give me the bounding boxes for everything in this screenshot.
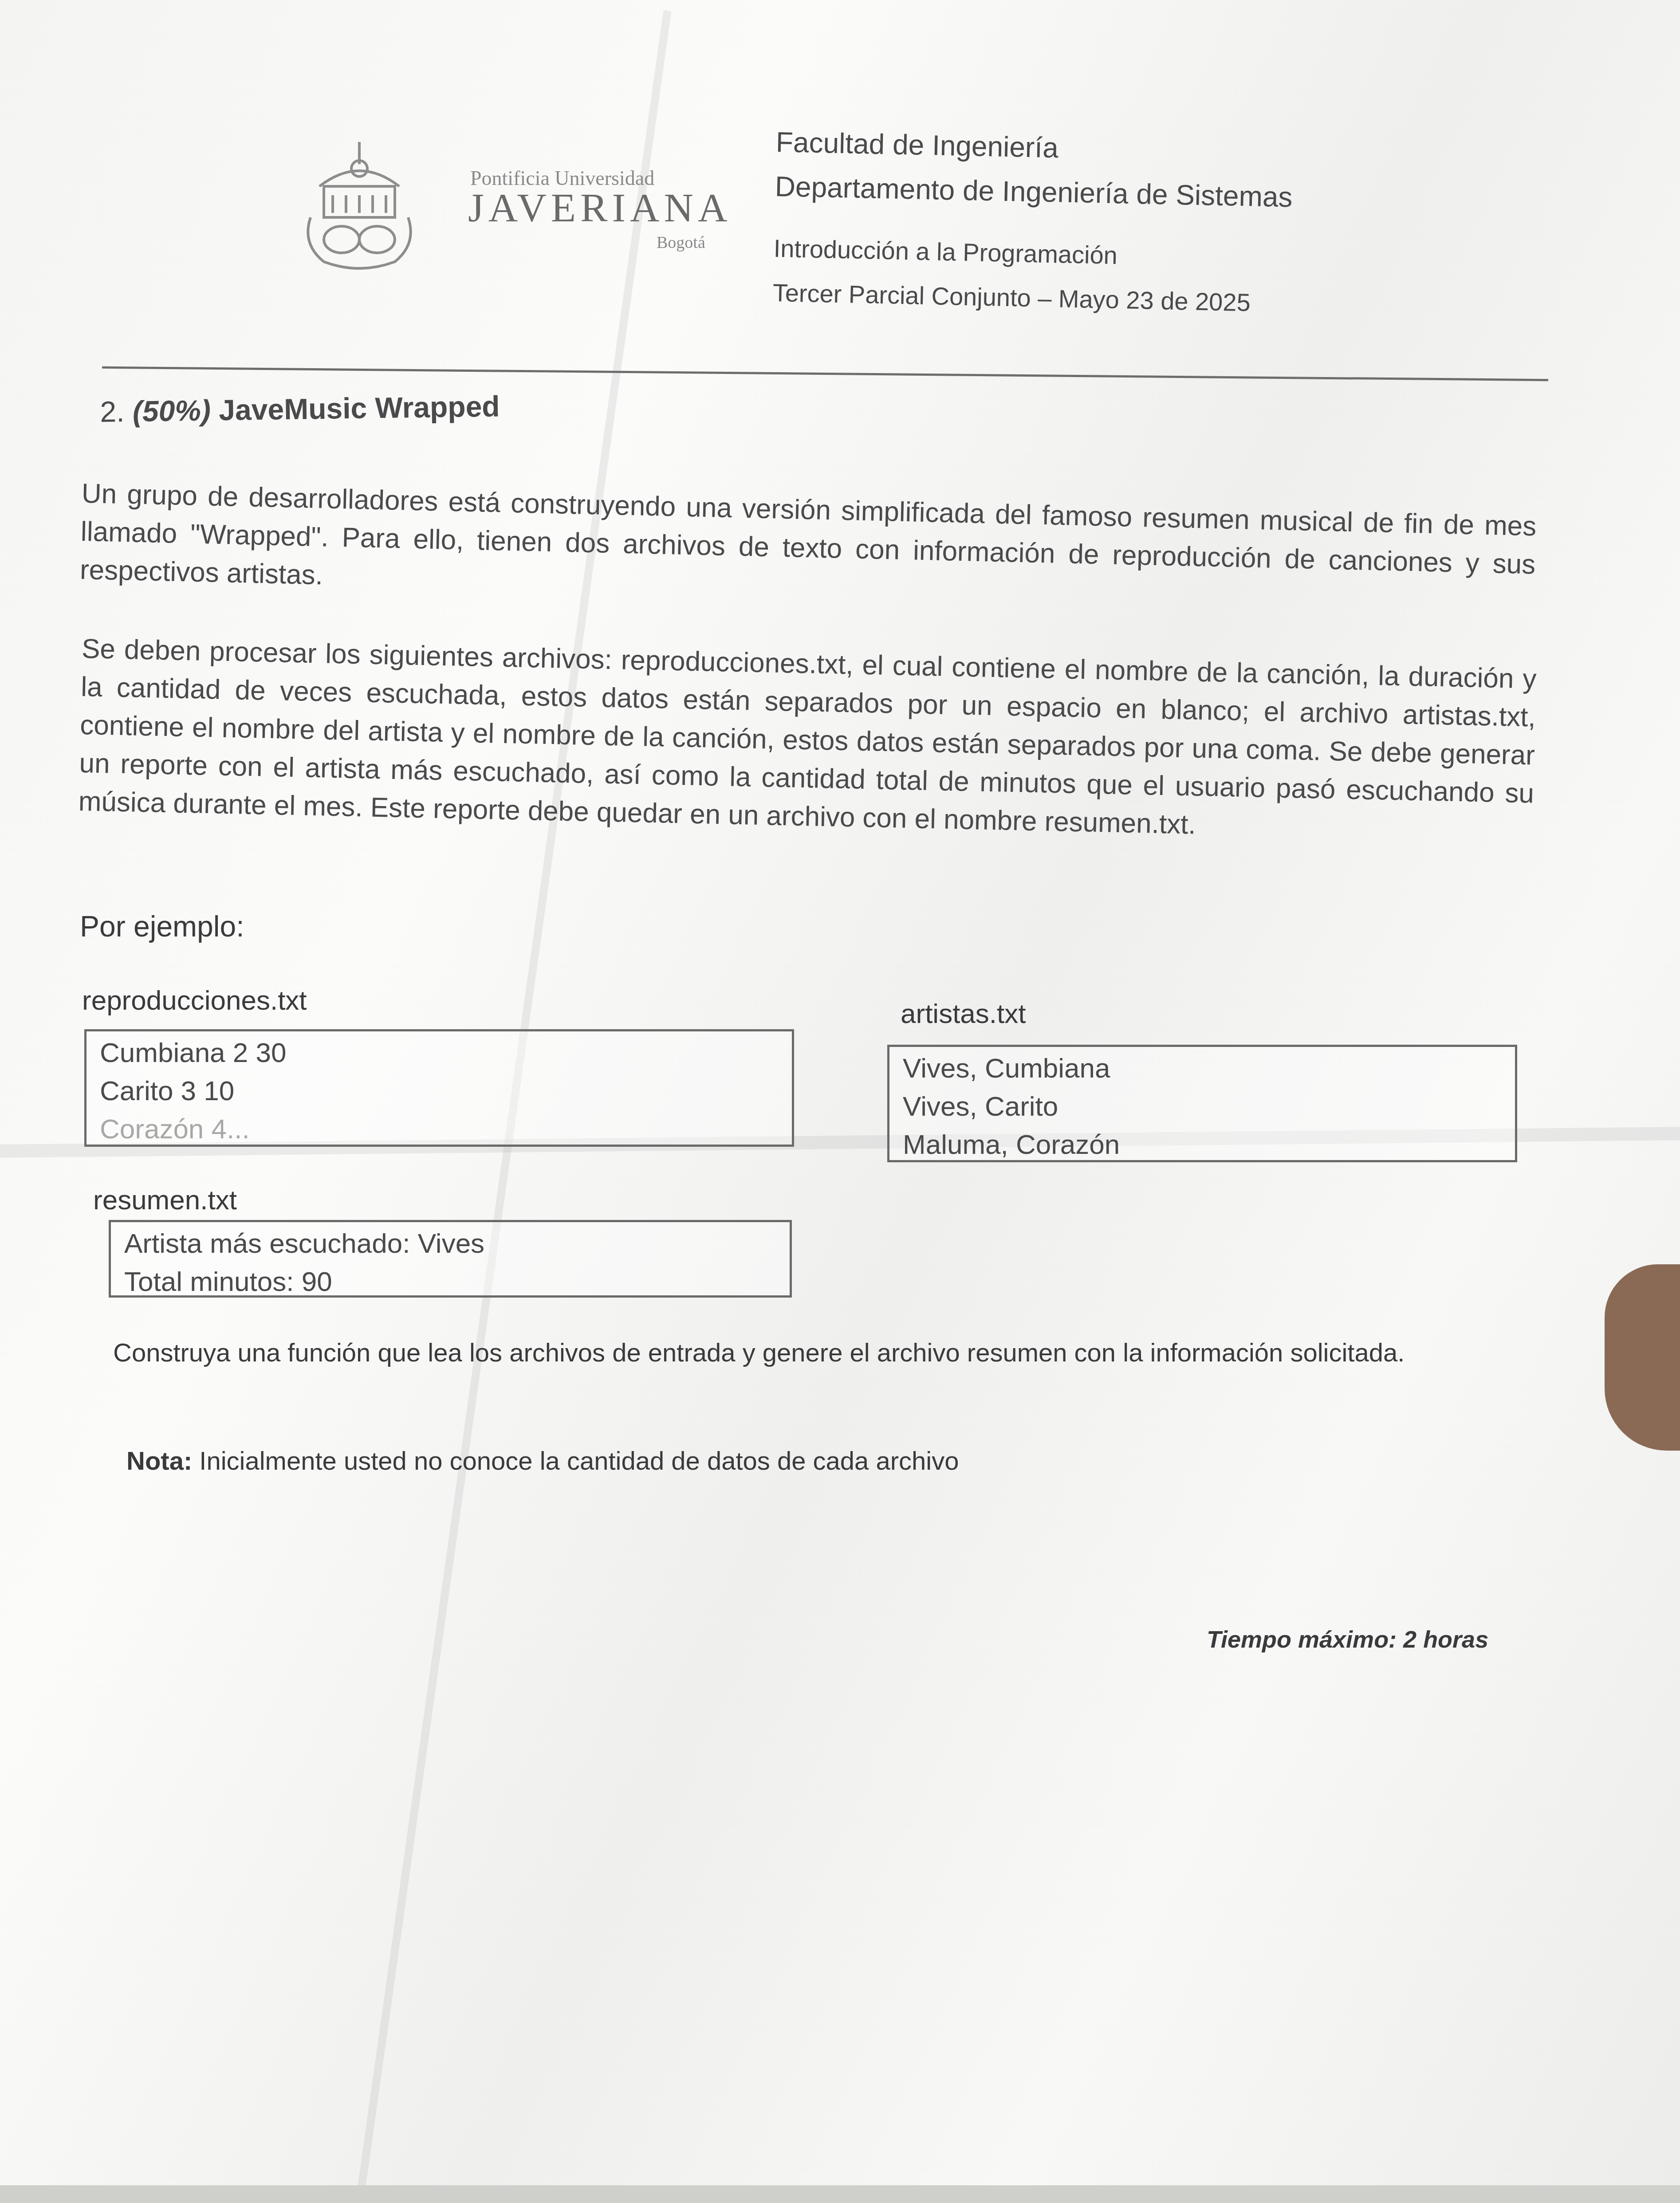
task-instruction: Construya una función que lea los archiv…	[113, 1335, 1515, 1371]
question-title: 2. (50%) JaveMusic Wrapped	[100, 389, 500, 429]
file-line: Maluma, Corazón	[903, 1126, 1502, 1164]
institution-name: JAVERIANA	[468, 184, 732, 231]
file-line: Cumbiana 2 30	[100, 1034, 779, 1072]
file-line: Total minutos: 90	[124, 1263, 776, 1301]
university-logo: Pontificia Universidad JAVERIANA Bogotá	[293, 138, 728, 284]
file-line: Carito 3 10	[100, 1072, 779, 1110]
file-line: Artista más escuchado: Vives	[124, 1225, 776, 1263]
resumen-file-box: Artista más escuchado: Vives Total minut…	[109, 1220, 792, 1298]
note-text: Inicialmente usted no conoce la cantidad…	[199, 1447, 959, 1475]
institution-city: Bogotá	[657, 233, 705, 252]
exam-sheet: Pontificia Universidad JAVERIANA Bogotá …	[0, 0, 1680, 2203]
reproducciones-filename: reproducciones.txt	[82, 985, 307, 1016]
table-edge	[0, 2185, 1680, 2203]
artistas-file-box: Vives, Cumbiana Vives, Carito Maluma, Co…	[887, 1045, 1517, 1162]
example-label: Por ejemplo:	[80, 909, 244, 943]
intro-paragraph: Un grupo de desarrolladores está constru…	[79, 475, 1537, 622]
header-divider	[102, 366, 1548, 381]
file-line: Corazón 4...	[100, 1110, 779, 1149]
time-limit: Tiempo máximo: 2 horas	[1207, 1626, 1488, 1653]
reproducciones-file-box: Cumbiana 2 30 Carito 3 10 Corazón 4...	[84, 1029, 794, 1147]
crest-icon	[293, 138, 426, 275]
artistas-filename: artistas.txt	[901, 998, 1026, 1030]
file-line: Vives, Cumbiana	[903, 1050, 1502, 1088]
resumen-filename: resumen.txt	[93, 1184, 237, 1216]
file-line: Vives, Carito	[903, 1088, 1502, 1126]
note-label: Nota:	[126, 1447, 192, 1475]
note: Nota: Inicialmente usted no conoce la ca…	[126, 1446, 959, 1476]
question-weight: (50%)	[132, 394, 211, 428]
holding-thumb	[1605, 1264, 1680, 1451]
requirements-paragraph: Se deben procesar los siguientes archivo…	[78, 630, 1537, 851]
question-number: 2.	[100, 395, 125, 428]
exam-header: Facultad de Ingeniería Departamento de I…	[772, 120, 1294, 326]
question-name: JaveMusic Wrapped	[219, 389, 500, 426]
